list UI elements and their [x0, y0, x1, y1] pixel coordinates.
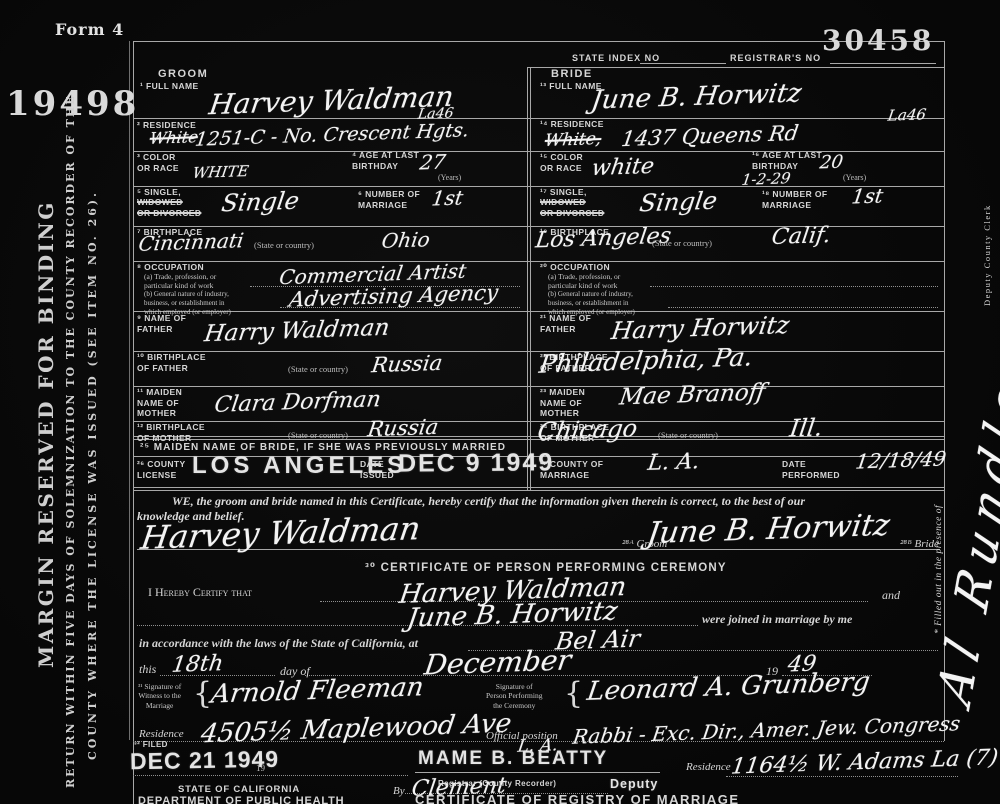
- state-index-label: STATE INDEX NO: [572, 53, 660, 64]
- groom-birthplace-city-entry: Cincinnati: [137, 228, 245, 256]
- bride-color-label: ¹⁵ COLOR OR RACE: [540, 152, 583, 173]
- rule: [527, 67, 528, 490]
- groom-birthplace-state-note: (State or country): [254, 240, 314, 250]
- accordance-label: in accordance with the laws of the State…: [139, 636, 418, 651]
- by-label: By: [393, 785, 405, 797]
- bride-age-entry: 20: [818, 152, 844, 174]
- groom-mother-birthplace-note: (State or country): [288, 430, 348, 440]
- groom-status-entry: Single: [220, 187, 301, 218]
- performer-signature-label: Signature of Person Performing the Cerem…: [486, 682, 542, 710]
- bride-residence-entry: 1437 Queens Rd: [620, 121, 800, 151]
- county-of-marriage-entry: L. A.: [646, 449, 701, 476]
- bride-mother-label: ²³ MAIDEN NAME OF MOTHER: [540, 387, 585, 419]
- bride-age-label: ¹⁶ AGE AT LAST BIRTHDAY: [752, 150, 822, 171]
- dotted-rule: [668, 307, 938, 308]
- bride-signature-label: ²⁸ᴮ Bride: [900, 538, 939, 550]
- registrar-no-label: REGISTRAR'S NO: [730, 53, 821, 64]
- registrar-name-stamp: MAME B. BEATTY: [418, 748, 608, 770]
- rule: [133, 41, 134, 804]
- bride-postal-zone-entry: La46: [887, 105, 928, 124]
- groom-age-unit-label: (Years): [438, 173, 461, 182]
- groom-marriage-number-entry: 1st: [430, 185, 465, 210]
- bride-father-birthplace-entry: Philadelphia, Pa.: [537, 342, 754, 378]
- witness-signature-label: ³¹ Signature of Witness to the Marriage: [138, 682, 181, 710]
- registrar-number-stamp: 30458: [822, 24, 934, 57]
- bride-mother-birthplace-note: (State or country): [658, 430, 718, 440]
- groom-mother-birthplace-entry: Russia: [366, 415, 440, 441]
- groom-birthplace-state-entry: Ohio: [380, 227, 431, 253]
- witness-residence-entry: 4505½ Maplewood Ave: [199, 709, 513, 750]
- margin-binding-text: MARGIN RESERVED FOR BINDING: [34, 200, 58, 668]
- deputy-clerk-title: Deputy County Clerk: [982, 204, 993, 306]
- groom-marriage-number-label: ⁶ NUMBER OF MARRIAGE: [358, 189, 420, 210]
- rule: [133, 490, 944, 491]
- this-label: this: [139, 662, 156, 677]
- date-performed-entry: 12/18/49: [854, 446, 948, 473]
- groom-mother-birthplace-label: ¹² BIRTHPLACE OF MOTHER: [137, 422, 205, 443]
- performer-brace: {: [564, 676, 583, 711]
- bride-mother-birthplace-city-entry: Chicago: [536, 414, 640, 445]
- rule: [133, 487, 944, 488]
- bride-status-entry: Single: [638, 187, 719, 218]
- rule: [133, 261, 944, 262]
- ceremony-month-entry: December: [422, 643, 573, 681]
- joined-in-marriage-label: were joined in marriage by me: [702, 612, 852, 627]
- margin-return-line2: COUNTY WHERE THE LICENSE WAS ISSUED (SEE…: [86, 190, 99, 760]
- registrar-title-label: Registrar (County Recorder): [438, 779, 556, 789]
- date-issued-stamp: DEC 9 1949: [398, 448, 554, 478]
- dotted-rule: [133, 775, 408, 776]
- groom-age-entry: 27: [418, 150, 447, 175]
- groom-color-entry: WHITE: [192, 162, 250, 182]
- dotted-rule: [650, 286, 938, 287]
- official-position-entry: Rabbi - Exc. Dir., Amer. Jew. Congress: [571, 711, 962, 748]
- rule: [133, 386, 944, 387]
- county-license-label: ²⁶ COUNTY LICENSE: [137, 459, 186, 480]
- groom-residence-entry: 1251-C - No. Crescent Hgts.: [194, 119, 471, 150]
- bride-father-name-entry: Harry Horwitz: [610, 311, 792, 345]
- certification-text-line1: WE, the groom and bride named in this Ce…: [172, 494, 805, 510]
- bride-mother-name-entry: Mae Branoff: [618, 379, 767, 410]
- groom-section-label: GROOM: [158, 68, 208, 82]
- bride-section-label: BRIDE: [551, 68, 593, 82]
- bride-residence-label: ¹⁴ RESIDENCE: [540, 119, 604, 130]
- hereby-certify-label: I Hereby Certify that: [148, 585, 252, 600]
- date-performed-label: DATE PERFORMED: [782, 459, 840, 480]
- groom-father-birthplace-entry: Russia: [370, 351, 444, 377]
- ceremony-title: ³⁰ CERTIFICATE OF PERSON PERFORMING CERE…: [365, 561, 727, 575]
- bride-signature: June B. Horwitz: [645, 508, 892, 551]
- bride-age-unit-label: (Years): [843, 173, 866, 182]
- rule: [830, 63, 936, 64]
- bride-birthplace-state-note: (State or country): [652, 238, 712, 248]
- groom-mother-label: ¹¹ MAIDEN NAME OF MOTHER: [137, 387, 182, 419]
- marriage-certificate: Form 4 19498 STATE INDEX NO REGISTRAR'S …: [0, 0, 1000, 804]
- bride-father-label: ²¹ NAME OF FATHER: [540, 313, 591, 334]
- rule: [415, 772, 660, 773]
- bride-marriage-number-entry: 1st: [850, 183, 885, 208]
- filed-residence-label: Residence: [686, 761, 731, 773]
- county-of-marriage-label: ²⁷ COUNTY OF MARRIAGE: [540, 459, 603, 480]
- groom-residence-struck-entry: White: [149, 127, 200, 148]
- rule: [133, 186, 944, 187]
- groom-color-label: ³ COLOR OR RACE: [137, 152, 179, 173]
- filed-year-blank: 19: [256, 763, 265, 773]
- groom-occupation-a-label: (a) Trade, profession, or particular kin…: [144, 272, 216, 291]
- filed-residence-entry: 1164½ W. Adams La (7): [729, 745, 999, 779]
- witness-residence-label: Residence: [139, 728, 184, 740]
- margin-return-line1: RETURN WITHIN FIVE DAYS OF SOLEMNIZATION…: [64, 94, 77, 788]
- rule: [133, 311, 944, 312]
- rule: [133, 351, 944, 352]
- groom-father-label: ⁹ NAME OF FATHER: [137, 313, 186, 334]
- form-number: Form 4: [55, 20, 124, 39]
- rule: [129, 41, 130, 740]
- groom-status-struck-label: WIDOWED OR DIVORCED: [137, 197, 201, 218]
- bride-color-entry: white: [590, 154, 656, 181]
- official-position-label: Official position: [486, 730, 558, 742]
- groom-age-label: ⁴ AGE AT LAST BIRTHDAY: [352, 150, 419, 171]
- performer-signature: Leonard A. Grunberg: [585, 667, 872, 707]
- bride-occupation-a-label: (a) Trade, profession, or particular kin…: [548, 272, 620, 291]
- bride-status-struck-label: WIDOWED OR DIVORCED: [540, 197, 604, 218]
- and-label: and: [882, 588, 900, 603]
- rule: [530, 67, 531, 490]
- witness-signature: Arnold Fleeman: [209, 672, 425, 709]
- footer-certificate-title: CERTIFICATE OF REGISTRY OF MARRIAGE: [415, 792, 740, 804]
- groom-father-name-entry: Harry Waldman: [203, 315, 392, 347]
- date-issued-label: DATE ISSUED: [360, 459, 394, 480]
- bride-birth-date-entry: 1-2-29: [741, 169, 792, 189]
- bride-marriage-number-label: ¹⁸ NUMBER OF MARRIAGE: [762, 189, 827, 210]
- bride-mother-birthplace-state-entry: Ill.: [788, 413, 825, 442]
- groom-father-birthplace-label: ¹⁰ BIRTHPLACE OF FATHER: [137, 352, 206, 373]
- bride-residence-struck-entry: White,: [543, 129, 602, 151]
- footer-department-label: DEPARTMENT OF PUBLIC HEALTH: [138, 795, 344, 804]
- groom-full-name-label: ¹ FULL NAME: [140, 81, 199, 92]
- groom-father-birthplace-note: (State or country): [288, 364, 348, 374]
- groom-mother-name-entry: Clara Dorfman: [213, 387, 383, 418]
- ceremony-day-entry: 18th: [170, 651, 225, 678]
- bride-birthplace-state-entry: Calif.: [770, 223, 832, 250]
- deputy-stamp: Deputy: [610, 777, 658, 791]
- bride-full-name-entry: June B. Horwitz: [589, 78, 803, 115]
